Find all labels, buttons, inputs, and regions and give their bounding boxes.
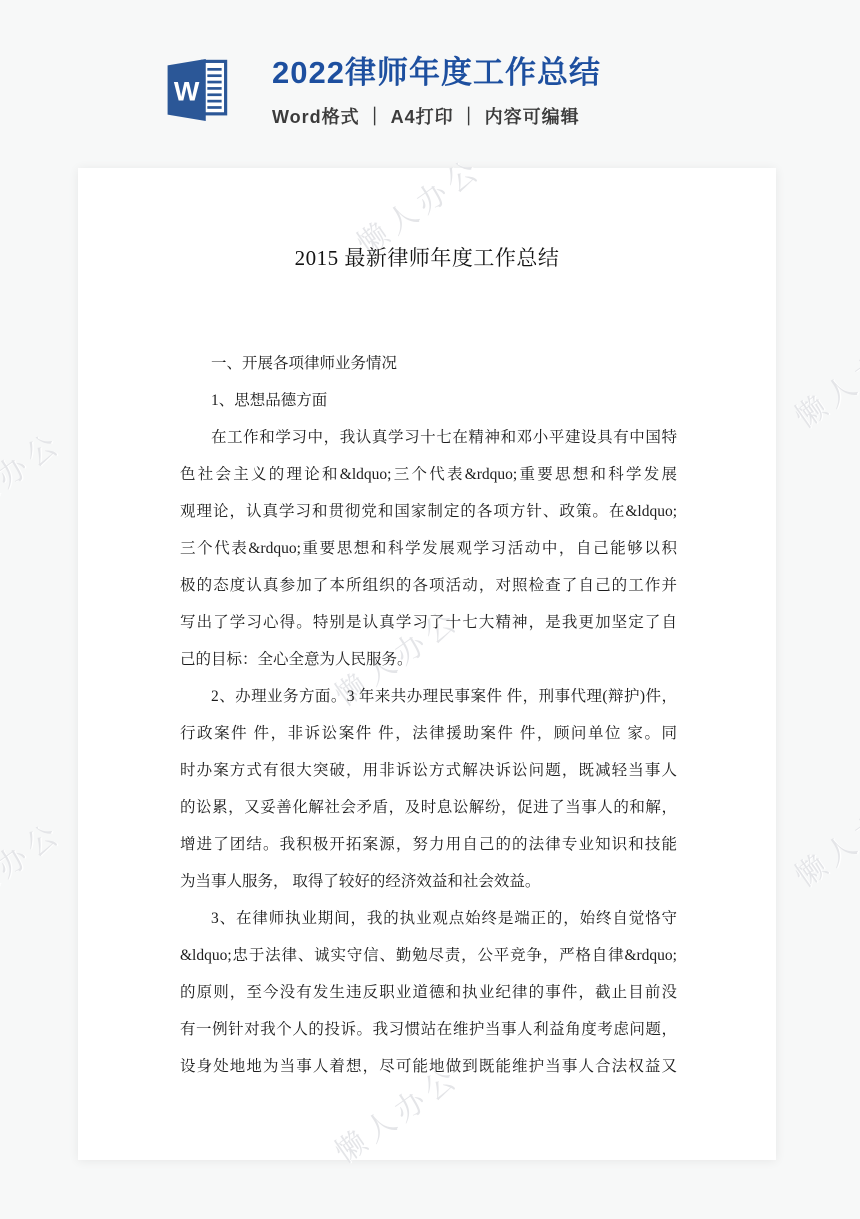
document-line: 一、开展各项律师业务情况	[180, 345, 677, 382]
page-subtitle: Word格式 ｜ A4打印 ｜ 内容可编辑	[272, 103, 601, 129]
document-line: 色社会主义的理论和&ldquo;三个代表&rdquo;重要思想和科学发展	[180, 456, 677, 493]
document-line: 极的态度认真参加了本所组织的各项活动，对照检查了自己的工作并	[180, 567, 677, 604]
document-line: 在工作和学习中，我认真学习十七在精神和邓小平建设具有中国特	[180, 419, 677, 456]
document-line: 行政案件 件，非诉讼案件 件，法律援助案件 件，顾问单位 家。同	[180, 715, 677, 752]
word-icon-text-lines	[207, 69, 221, 107]
site-header: W 2022律师年度工作总结 Word格式 ｜ A4打印 ｜ 内容可编辑	[166, 56, 601, 129]
document-title: 2015 最新律师年度工作总结	[78, 244, 776, 272]
document-page: 2015 最新律师年度工作总结 一、开展各项律师业务情况1、思想品德方面在工作和…	[78, 168, 776, 1160]
page-background: { "header": { "title": "2022律师年度工作总结", "…	[0, 0, 860, 1219]
document-line: 的讼累，又妥善化解社会矛盾，及时息讼解纷，促进了当事人的和解，	[180, 789, 677, 826]
watermark: 懒人办公	[0, 809, 70, 928]
document-line: 观理论，认真学习和贯彻党和国家制定的各项方针、政策。在&ldquo;	[180, 493, 677, 530]
watermark: 懒人办公	[784, 777, 860, 896]
document-line: 3、在律师执业期间，我的执业观点始终是端正的，始终自觉恪守	[180, 900, 677, 937]
document-line: 写出了学习心得。特别是认真学习了十七大精神，是我更加坚定了自	[180, 604, 677, 641]
word-icon-letter: W	[174, 76, 200, 106]
watermark: 懒人办公	[784, 318, 860, 437]
document-line: 己的目标：全心全意为人民服务。	[180, 641, 677, 678]
document-line: 2、办理业务方面。3 年来共办理民事案件 件，刑事代理(辩护)件，	[180, 678, 677, 715]
document-line: 的原则，至今没有发生违反职业道德和执业纪律的事件，截止目前没	[180, 974, 677, 1011]
watermark: 懒人办公	[0, 419, 70, 538]
document-line: 有一例针对我个人的投诉。我习惯站在维护当事人利益角度考虑问题，	[180, 1011, 677, 1048]
document-line: 设身处地地为当事人着想，尽可能地做到既能维护当事人合法权益又	[180, 1048, 677, 1085]
document-line: 时办案方式有很大突破，用非诉讼方式解决诉讼问题，既减轻当事人	[180, 752, 677, 789]
document-lines: 一、开展各项律师业务情况1、思想品德方面在工作和学习中，我认真学习十七在精神和邓…	[78, 345, 776, 1085]
word-icon: W	[166, 56, 228, 124]
document-line: &ldquo;忠于法律、诚实守信、勤勉尽责，公平竞争，严格自律&rdquo;	[180, 937, 677, 974]
document-line: 增进了团结。我积极开拓案源，努力用自己的的法律专业知识和技能	[180, 826, 677, 863]
header-text-block: 2022律师年度工作总结 Word格式 ｜ A4打印 ｜ 内容可编辑	[272, 56, 601, 129]
page-title: 2022律师年度工作总结	[272, 56, 601, 90]
document-line: 三个代表&rdquo;重要思想和科学发展观学习活动中，自己能够以积	[180, 530, 677, 567]
document-content: 2015 最新律师年度工作总结 一、开展各项律师业务情况1、思想品德方面在工作和…	[78, 168, 776, 1085]
document-line: 为当事人服务， 取得了较好的经济效益和社会效益。	[180, 863, 677, 900]
document-line: 1、思想品德方面	[180, 382, 677, 419]
